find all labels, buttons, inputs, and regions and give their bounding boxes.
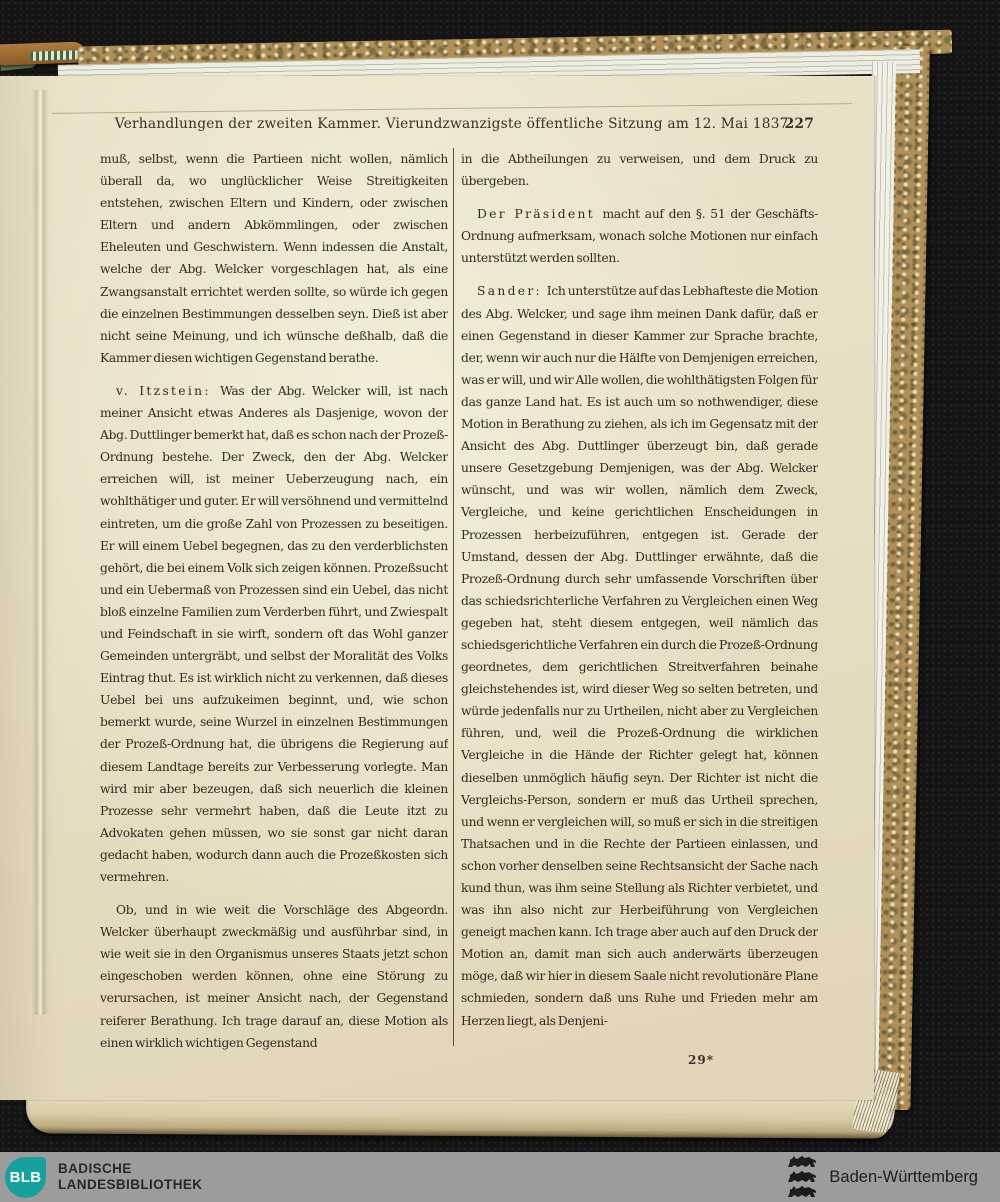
blb-logo-icon: BLB xyxy=(5,1157,46,1198)
column-right: in die Abtheilungen zu verweisen, und de… xyxy=(461,148,818,1054)
baden-wuerttemberg-logo[interactable]: Baden-Württemberg xyxy=(786,1155,978,1199)
paragraph: in die Abtheilungen zu verweisen, und de… xyxy=(461,148,818,192)
viewer-footer: BLB BADISCHE LANDESBIBLIOTHEK Baden-Würt… xyxy=(0,1152,1000,1202)
blb-logo-abbr: BLB xyxy=(10,1169,42,1186)
speaker-name: Der Präsident xyxy=(477,207,603,221)
blb-library-name-line1: BADISCHE xyxy=(58,1161,202,1177)
blb-library-name: BADISCHE LANDESBIBLIOTHEK xyxy=(58,1161,202,1193)
paragraph: muß, selbst, wenn die Partieen nicht wol… xyxy=(100,148,448,369)
speaker-name: Sander: xyxy=(477,284,547,298)
running-header: Verhandlungen der zweiten Kammer. Vierun… xyxy=(95,116,813,132)
baden-wuerttemberg-label: Baden-Württemberg xyxy=(829,1168,978,1187)
page-number: 227 xyxy=(780,116,814,132)
speaker-name: v. Itzstein: xyxy=(116,384,220,398)
page-content: Verhandlungen der zweiten Kammer. Vierun… xyxy=(0,0,1000,1202)
running-header-title: Verhandlungen der zweiten Kammer. Vierun… xyxy=(115,116,793,132)
paragraph: Ob, und in wie weit die Vorschläge des A… xyxy=(100,899,448,1054)
paragraph: v. Itzstein: Was der Abg. Welcker will, … xyxy=(100,380,448,888)
column-left: muß, selbst, wenn die Partieen nicht wol… xyxy=(100,148,448,1054)
column-divider-rule xyxy=(453,148,454,1046)
blb-library-name-line2: LANDESBIBLIOTHEK xyxy=(58,1177,202,1193)
baden-wuerttemberg-coat-of-arms-icon xyxy=(786,1155,818,1199)
paragraph: Der Präsident macht auf den §. 51 der Ge… xyxy=(461,203,818,269)
paragraph: Sander: Ich unterstütze auf das Lebhafte… xyxy=(461,280,818,1031)
text-columns: muß, selbst, wenn die Partieen nicht wol… xyxy=(100,148,818,1054)
signature-mark: 29* xyxy=(688,1053,714,1067)
blb-logo[interactable]: BLB BADISCHE LANDESBIBLIOTHEK xyxy=(5,1157,202,1198)
